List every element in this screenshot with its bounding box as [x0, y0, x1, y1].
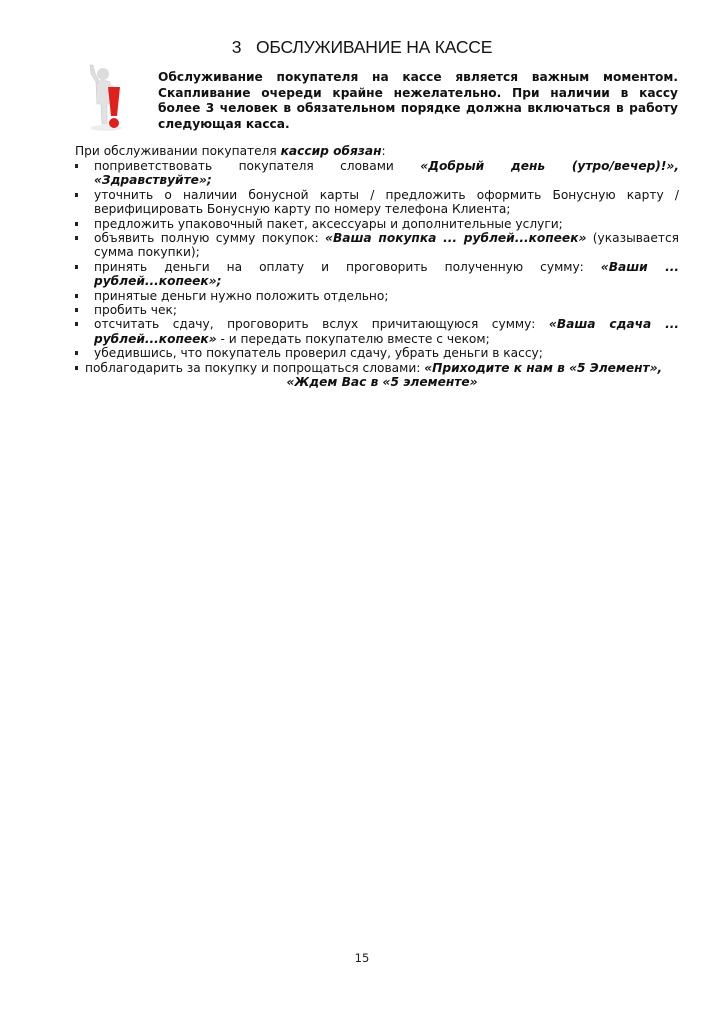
lead-sentence: При обслуживании покупателя кассир обяза… [75, 144, 386, 158]
list-item: пробить чек; [75, 303, 679, 317]
section-number: 3 [232, 37, 242, 57]
item-text: объявить полную сумму покупок: [94, 231, 325, 245]
list-item: предложить упаковочный пакет, аксессуары… [75, 217, 679, 231]
item-text: поблагодарить за покупку и попрощаться с… [85, 361, 424, 375]
list-item: принять деньги на оплату и проговорить п… [75, 260, 679, 289]
item-text: поприветствовать покупателя словами [94, 159, 420, 173]
section-title: ОБСЛУЖИВАНИЕ НА КАССЕ [256, 37, 492, 57]
item-text: пробить чек; [94, 303, 177, 317]
item-text: отсчитать сдачу, проговорить вслух причи… [94, 317, 549, 331]
list-item: уточнить о наличии бонусной карты / пред… [75, 188, 679, 217]
list-item: поприветствовать покупателя словами «Доб… [75, 159, 679, 188]
lead-text: При обслуживании покупателя [75, 144, 281, 158]
item-text: предложить упаковочный пакет, аксессуары… [94, 217, 563, 231]
item-emphasis: «Приходите к нам в «5 Элемент», [424, 361, 662, 375]
duties-list: поприветствовать покупателя словами «Доб… [75, 159, 679, 390]
item-text: уточнить о наличии бонусной карты / пред… [94, 188, 679, 216]
item-after: - и передать покупателю вместе с чеком; [217, 332, 490, 346]
item-emphasis: «Ваша покупка ... рублей...копеек» [325, 231, 586, 245]
item-text: принять деньги на оплату и проговорить п… [94, 260, 601, 274]
section-heading: 3 ОБСЛУЖИВАНИЕ НА КАССЕ [0, 37, 724, 58]
lead-suffix: : [382, 144, 386, 158]
list-item: отсчитать сдачу, проговорить вслух причи… [75, 317, 679, 346]
list-item: убедившись, что покупатель проверил сдач… [75, 346, 679, 360]
lead-emphasis: кассир обязан [281, 144, 382, 158]
list-item: объявить полную сумму покупок: «Ваша пок… [75, 231, 679, 260]
item-text: убедившись, что покупатель проверил сдач… [94, 346, 543, 360]
list-item: поблагодарить за покупку и попрощаться с… [75, 361, 679, 390]
item-text: принятые деньги нужно положить отдельно; [94, 289, 388, 303]
intro-paragraph: Обслуживание покупателя на кассе являетс… [158, 70, 678, 132]
item-emphasis-line2: «Ждем Вас в «5 элементе» [85, 375, 679, 389]
page-number: 15 [0, 951, 724, 965]
list-item: принятые деньги нужно положить отдельно; [75, 289, 679, 303]
person-with-red-exclamation-icon [86, 60, 136, 132]
